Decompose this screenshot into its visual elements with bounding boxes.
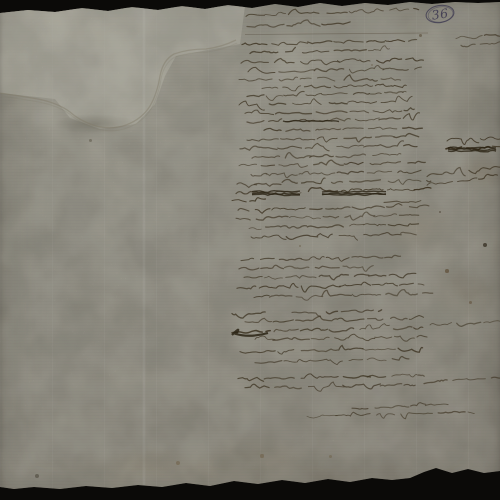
strikethrough-stroke [322,191,386,193]
ink-stroke [395,336,415,341]
ink-stroke [427,174,442,177]
ink-stroke [479,174,498,179]
ink-stroke [281,138,315,140]
ink-stroke [240,146,277,150]
ink-stroke [324,118,350,121]
scan-background: { "document": { "type_label": "handwritt… [0,0,500,500]
ink-stroke [364,224,386,226]
ink-stroke [319,274,348,279]
stain-blob [0,446,500,494]
ink-stroke [404,145,417,147]
ink-stroke [232,312,265,318]
ink-stroke [385,40,404,42]
ink-stroke [370,93,381,94]
strikethrough-stroke [283,121,339,122]
ink-stroke [252,156,280,158]
ink-stroke [409,316,423,320]
ink-stroke [385,92,403,94]
ink-stroke [272,208,306,210]
ink-stroke [394,327,413,330]
ink-stroke [236,192,265,194]
ink-stroke [293,99,322,105]
ink-stroke [392,374,417,377]
ink-stroke [272,42,308,46]
ink-stroke [329,328,354,332]
ink-stroke [247,121,264,124]
ink-stroke [278,146,302,149]
ink-stroke [391,317,408,320]
ink-stroke [255,361,282,364]
ink-stroke [289,216,320,219]
margin-notes [424,32,500,383]
ink-stroke [376,136,394,137]
ink-stroke [308,188,337,192]
ink-stroke [453,379,486,381]
ink-stroke [307,415,337,418]
ink-stroke [466,147,490,150]
ink-stroke [362,349,395,351]
ink-speck [419,34,422,37]
ink-stroke [266,226,307,228]
ink-stroke [349,9,383,13]
ink-stroke [349,66,383,73]
ink-stroke [355,118,379,121]
ink-stroke [364,189,383,190]
page-number-circle [425,3,455,24]
ink-stroke [390,8,409,11]
ink-stroke [400,283,414,285]
ink-stroke [312,359,343,364]
ink-stroke [285,153,311,159]
ink-stroke [237,286,256,289]
ink-stroke [311,337,329,339]
ink-stroke [256,216,288,220]
ink-stroke [414,327,423,329]
ink-stroke [389,273,416,278]
ink-stroke [261,165,275,166]
ink-stroke [240,351,275,354]
ink-stroke [246,14,265,16]
ink-stroke [385,255,401,257]
ink-stroke [418,375,424,376]
ink-stroke [443,168,466,176]
ink-stroke [296,295,323,300]
ink-stroke [270,295,292,297]
ink-stroke [381,78,401,80]
ink-stroke [425,404,448,406]
ink-stroke [254,184,281,187]
ink-stroke [350,180,381,182]
ink-stroke [236,218,250,220]
ink-stroke [492,146,500,147]
water-stain [0,0,250,135]
ink-stroke [350,111,369,113]
strikethrough-stroke [322,193,386,194]
ink-stroke [315,266,339,268]
page-number-circle-inner [427,5,454,24]
ink-stroke [380,384,401,386]
ink-stroke [287,20,320,26]
ink-stroke [387,189,415,191]
ink-stroke [368,318,383,320]
ink-stroke [308,41,332,44]
ink-stroke [310,155,333,158]
ink-speck [445,269,449,273]
ink-stroke [238,208,249,211]
ink-stroke [343,128,363,130]
ink-stroke [282,179,297,183]
ink-stroke [337,171,363,174]
ink-stroke [427,181,431,182]
ink-stroke [288,9,319,14]
ink-stroke [456,36,482,39]
ink-stroke [354,274,369,276]
strikethrough-stroke [448,147,496,149]
ink-stroke [368,127,397,129]
ink-stroke [237,183,257,188]
ink-stroke [247,24,284,27]
ink-stroke [275,59,295,63]
ink-stroke [485,32,500,36]
ink-stroke [268,191,289,193]
ink-stroke [364,233,401,236]
ink-stroke [403,113,419,120]
ink-stroke [352,408,368,409]
ink-stroke [430,323,452,326]
ink-stroke [334,40,363,43]
ink-stroke [286,129,310,131]
ink-stroke [279,77,297,81]
stain-blob [33,245,143,365]
ink-stroke [384,201,409,202]
manuscript-page: 36 [0,0,500,500]
ink-stroke [336,412,370,416]
ink-stroke [344,75,377,81]
ink-stroke [336,154,365,158]
ink-stroke [238,377,264,381]
ink-stroke [438,411,465,413]
ink-stroke [318,77,335,81]
ink-stroke [409,40,417,42]
ink-stroke [484,321,500,323]
ink-stroke [458,178,477,182]
ink-stroke [403,127,423,129]
ink-speck [176,461,180,465]
ink-stroke [241,60,268,63]
stain-blob [108,446,192,478]
ink-stroke [279,258,301,260]
ink-stroke [344,162,363,164]
stain-blob [454,152,500,192]
ink-stroke [340,282,371,286]
ink-stroke [285,119,327,121]
strikethrough-stroke [448,150,496,151]
ink-stroke [381,96,412,102]
ink-stroke [245,384,269,388]
ink-stroke [308,382,344,391]
ink-speck [483,243,487,247]
ink-stroke [286,235,318,239]
ink-stroke [286,47,296,52]
ink-stroke [269,103,285,105]
ink-stroke [264,377,294,378]
ink-stroke [367,358,386,361]
stain-blob [298,98,362,146]
ink-stroke [401,413,433,419]
ink-stroke [373,110,402,113]
ink-stroke [379,310,382,312]
ink-stroke [352,206,384,209]
ink-stroke [265,12,286,15]
ink-speck [260,454,263,457]
ink-stroke [269,119,282,122]
stain-blob [426,264,498,320]
ink-stroke [284,91,304,95]
ink-stroke [262,87,278,88]
ink-stroke [360,324,390,330]
ink-stroke [322,93,348,95]
ink-stroke [352,294,381,296]
ink-stroke [375,337,392,339]
ink-stroke [284,360,311,363]
ink-stroke [283,86,301,91]
ink-flourish [232,330,268,336]
ink-stroke [337,145,364,148]
ink-stroke [334,50,366,51]
ink-stroke [310,209,322,210]
ink-stroke [266,96,283,101]
ink-stroke [323,216,338,218]
paper-fold-line [143,0,145,500]
ink-stroke [278,350,294,355]
ink-stroke [307,225,343,228]
ink-stroke [247,95,264,97]
ink-stroke [300,328,327,330]
ink-stroke [245,318,272,322]
ink-stroke [408,161,425,163]
footer-lines [307,403,474,419]
ink-stroke [377,58,402,63]
ink-speck [35,474,39,478]
heading-lines [245,8,428,34]
ink-stroke [461,44,475,47]
ink-stroke [261,265,284,268]
ink-stroke [286,276,316,279]
ink-stroke [333,318,364,321]
ink-stroke [239,79,272,81]
ink-stroke [399,215,419,216]
ink-stroke [299,171,335,174]
ink-speck [329,455,332,458]
ink-stroke [292,312,321,316]
ink-stroke [374,214,397,217]
ink-stroke [480,137,500,140]
ink-stroke [301,257,324,261]
ink-stroke [341,310,373,312]
ink-stroke [249,228,261,230]
ink-stroke [265,276,283,279]
ink-stroke [468,412,474,414]
ink-stroke [279,164,308,168]
ink-stroke [279,70,315,72]
ink-stroke [367,41,385,42]
ink-stroke [414,8,419,9]
page-number: 36 [430,5,449,22]
ink-stroke [251,173,267,176]
ink-stroke [301,285,340,292]
ink-stroke [343,384,381,389]
ink-stroke [266,173,297,178]
ink-stroke [276,112,312,113]
ink-stroke [241,258,254,260]
ink-stroke [305,143,329,150]
ink-stroke [259,283,298,288]
ink-stroke [415,67,422,69]
ink-stroke [306,94,322,96]
ink-stroke [392,357,409,361]
ink-stroke [388,224,418,226]
ink-speck [89,139,92,142]
ink-stroke [364,141,404,147]
ink-stroke [341,189,361,192]
ink-stroke [372,283,398,286]
ink-stroke [273,320,293,322]
ink-stroke [352,256,383,258]
ink-stroke [326,311,337,314]
ink-stroke [302,51,329,54]
ink-stroke [316,129,341,131]
ink-stroke [314,69,343,72]
ink-speck [439,211,442,214]
ink-stroke [302,178,326,183]
ink-stroke [327,12,347,13]
ink-stroke [398,170,421,173]
ink-stroke [386,290,417,296]
ink-stroke [247,139,278,141]
ink-stroke [250,51,278,53]
ink-stroke [379,118,400,120]
ink-stroke [423,293,433,294]
ink-stroke [411,403,426,406]
ink-stroke [375,406,409,409]
stain-blob [415,40,495,140]
ink-stroke [322,22,350,25]
ink-stroke [301,374,338,378]
ink-stroke [368,46,389,51]
ink-stroke [417,335,427,337]
ink-stroke [326,207,350,209]
strikethrough-stroke [252,194,300,196]
strikethrough-stroke [448,149,496,151]
ink-stroke [394,134,419,138]
ink-stroke [406,58,424,61]
ink-stroke [343,376,370,378]
ink-stroke [375,84,406,87]
ink-stroke [322,290,351,296]
ink-stroke [314,160,344,165]
ink-stroke [273,338,309,341]
stain-blob [373,198,457,258]
ink-stroke [469,167,500,174]
ink-stroke [373,154,401,156]
ink-stroke [418,284,424,285]
ink-stroke [404,384,415,385]
ink-stroke [377,414,395,419]
ink-stroke [344,137,371,142]
ink-stroke [353,93,369,95]
stain-blob [212,432,308,472]
ink-stroke [369,275,386,276]
ink-speck [299,245,302,248]
strikethrough-stroke [252,193,300,195]
ink-stroke [329,103,347,104]
ink-stroke [388,179,421,184]
ink-stroke [317,234,332,238]
ink-stroke [343,266,373,272]
ink-stroke [274,329,298,332]
strikethrough-stroke [252,191,300,193]
ink-stroke [301,60,340,65]
ink-stroke [255,209,270,214]
ink-stroke [326,257,349,261]
ink-stroke [335,334,375,340]
ink-stroke [345,212,375,220]
ink-stroke [232,331,262,333]
ink-stroke [446,147,462,149]
ink-stroke [285,266,309,268]
ink-stroke [332,182,343,184]
ink-stroke [457,322,481,326]
ink-stroke [339,345,363,350]
ink-stroke [348,101,377,103]
ink-stroke [409,201,421,203]
ink-stroke [255,336,275,339]
ink-stroke [239,164,257,166]
ink-stroke [367,171,392,173]
ink-stroke [414,187,431,189]
ink-stroke [300,78,311,79]
ink-stroke [251,235,286,239]
ink-stroke [296,316,332,321]
ink-stroke [424,380,447,384]
ink-stroke [250,198,266,202]
ink-stroke [404,108,414,111]
ink-stroke [337,59,370,62]
ink-stroke [401,232,417,235]
body-text-lines [232,40,433,392]
ink-stroke [447,138,479,144]
ink-stroke [367,375,385,377]
ink-stroke [398,348,423,353]
ink-speck [371,64,374,67]
ink-stroke [339,235,358,240]
page-number-group: 36 [425,3,455,24]
ink-stroke [427,182,453,186]
ink-stroke [317,137,337,142]
ink-stroke [387,204,402,208]
ink-stroke [301,349,337,352]
ink-stroke [239,101,264,110]
ink-stroke [350,224,364,226]
ink-stroke [245,110,274,114]
ink-stroke [244,276,262,277]
ink-stroke [239,267,259,269]
ink-stroke [316,111,347,114]
ink-stroke [289,192,301,193]
ink-stroke [266,331,270,332]
ink-stroke [491,377,500,378]
ink-stroke [349,360,363,361]
